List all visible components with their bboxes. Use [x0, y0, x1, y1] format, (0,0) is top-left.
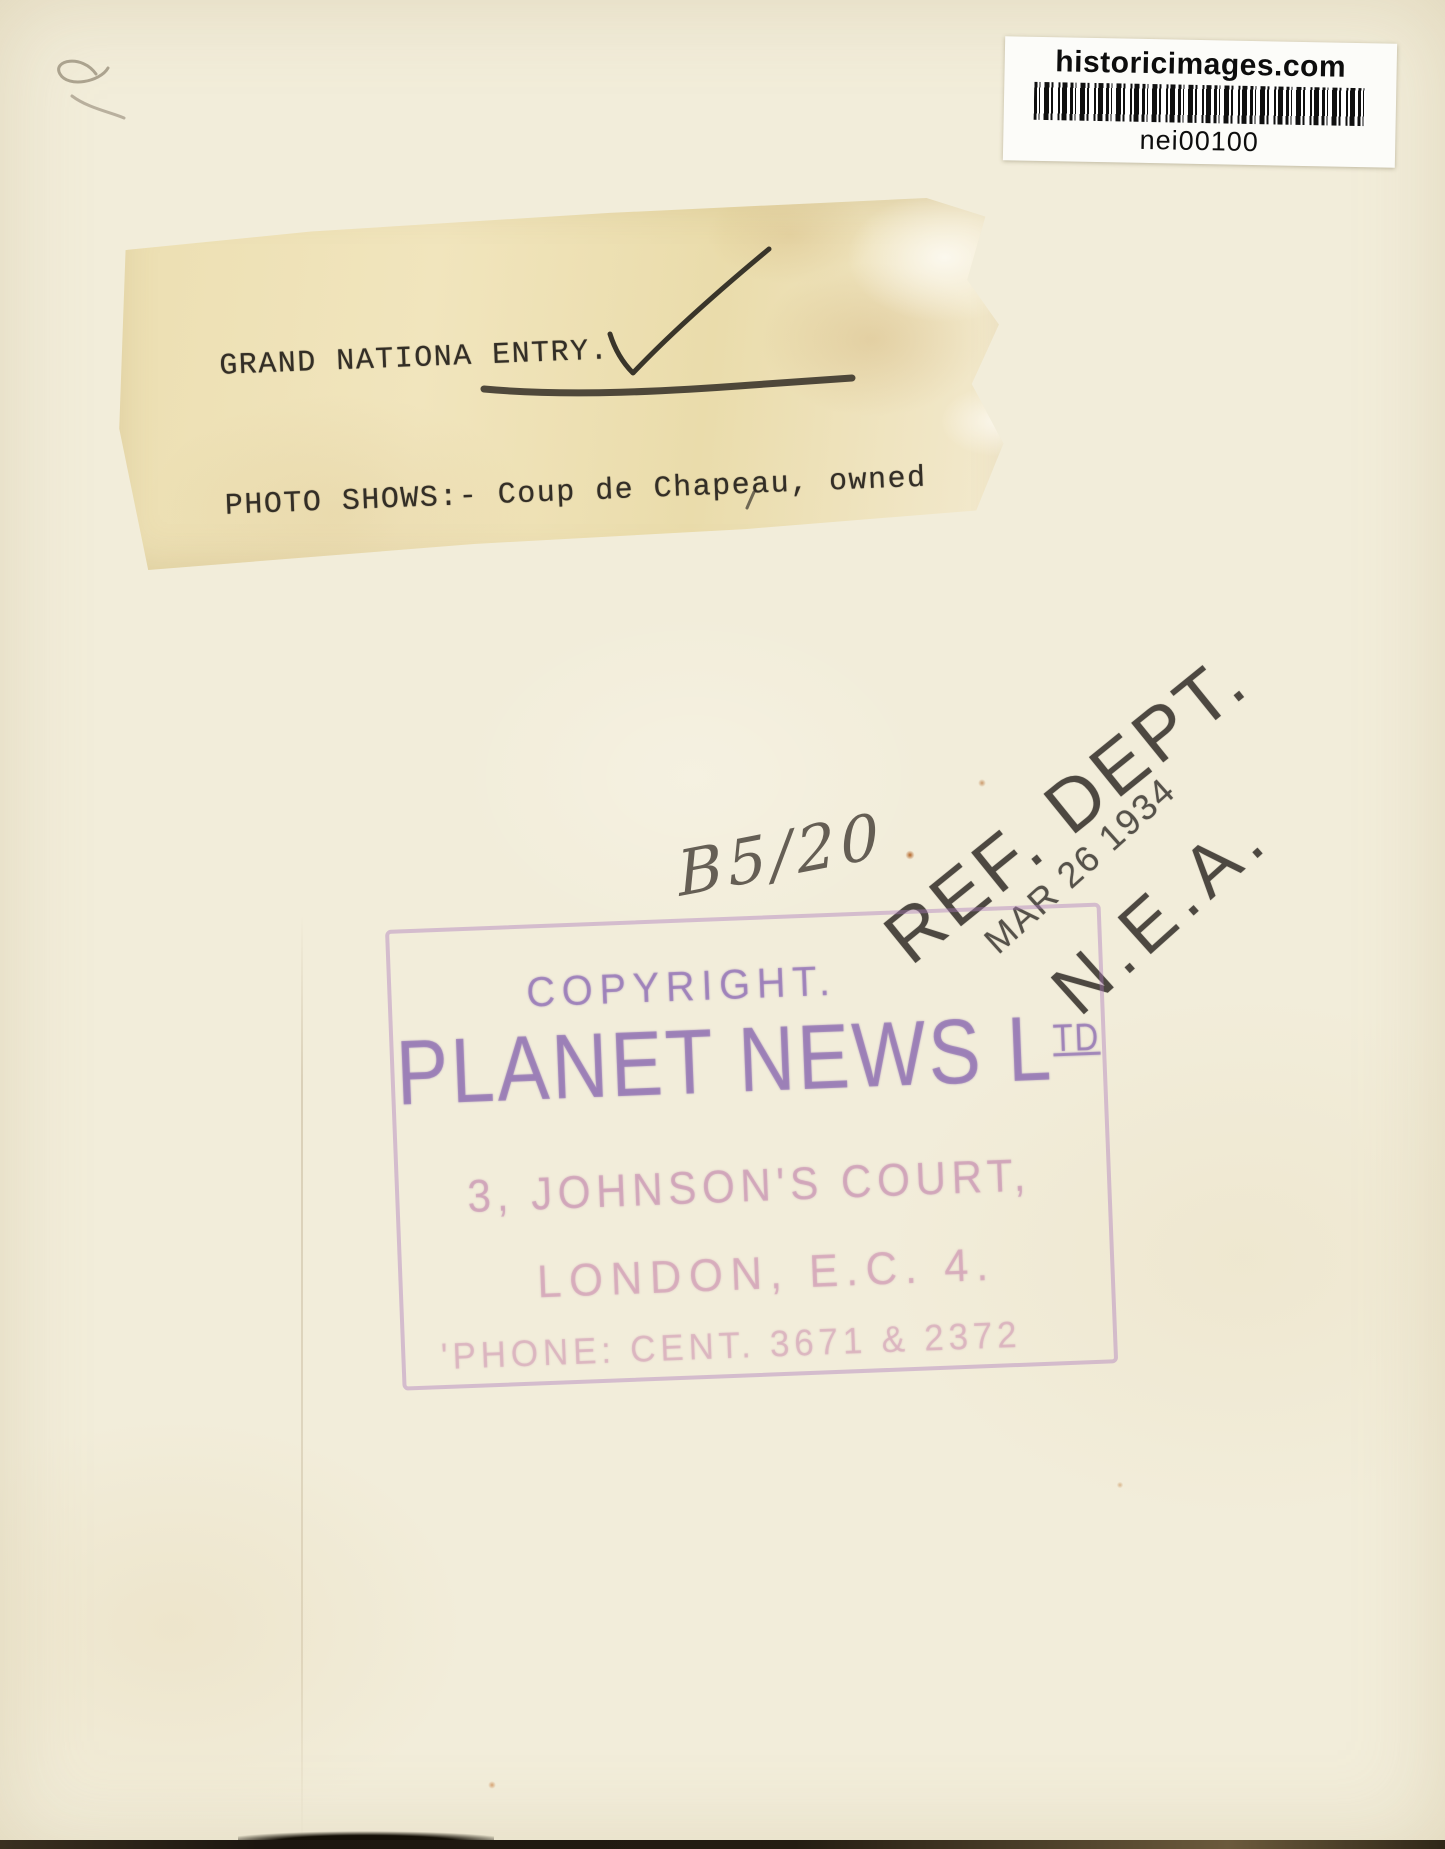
photo-back-scan: historicimages.com nei00100 GRAND NATION… [0, 0, 1445, 1849]
handwritten-reference-number: B5/20 [675, 798, 887, 911]
caption-line: for the Grand National race to be run [233, 662, 1014, 727]
barcode [1034, 81, 1367, 125]
pencil-squiggle-mark [20, 36, 140, 136]
archive-barcode-label: historicimages.com nei00100 [1003, 36, 1397, 168]
archive-site-text: historicimages.com [1055, 45, 1346, 85]
stamp-phone-line: 'PHONE: CENT. 3671 & 2372 [440, 1314, 1022, 1378]
stamp-address-line2: LONDON, E.C. 4. [536, 1237, 997, 1309]
scan-bottom-edge [0, 1840, 1445, 1849]
paper-crease-line [301, 915, 303, 1849]
caption-line: at Aintree, near Liverpool on March 23. [237, 764, 1018, 829]
typed-caption-slip: GRAND NATIONA ENTRY. PHOTO SHOWS:- Coup … [112, 198, 1017, 570]
caption-line: by Mr. J.H. Moller, which is a candidate [228, 560, 1009, 625]
stamp-company-name-main: PLANET NEWS L [394, 997, 1055, 1124]
caption-title: GRAND NATIONA ENTRY. [219, 319, 1000, 384]
planet-news-copyright-stamp: COPYRIGHT. PLANET NEWS LTD 3, JOHNSON'S … [385, 903, 1118, 1391]
stamp-company-name-suffix: TD [1052, 1016, 1101, 1061]
archive-code-text: nei00100 [1139, 124, 1259, 157]
stamp-address-line1: 3, JOHNSON'S COURT, [466, 1147, 1031, 1223]
caption-line: PHOTO SHOWS:- Coup de Chapeau, owned [224, 459, 1005, 524]
stamp-company-name: PLANET NEWS LTD [394, 995, 1102, 1127]
